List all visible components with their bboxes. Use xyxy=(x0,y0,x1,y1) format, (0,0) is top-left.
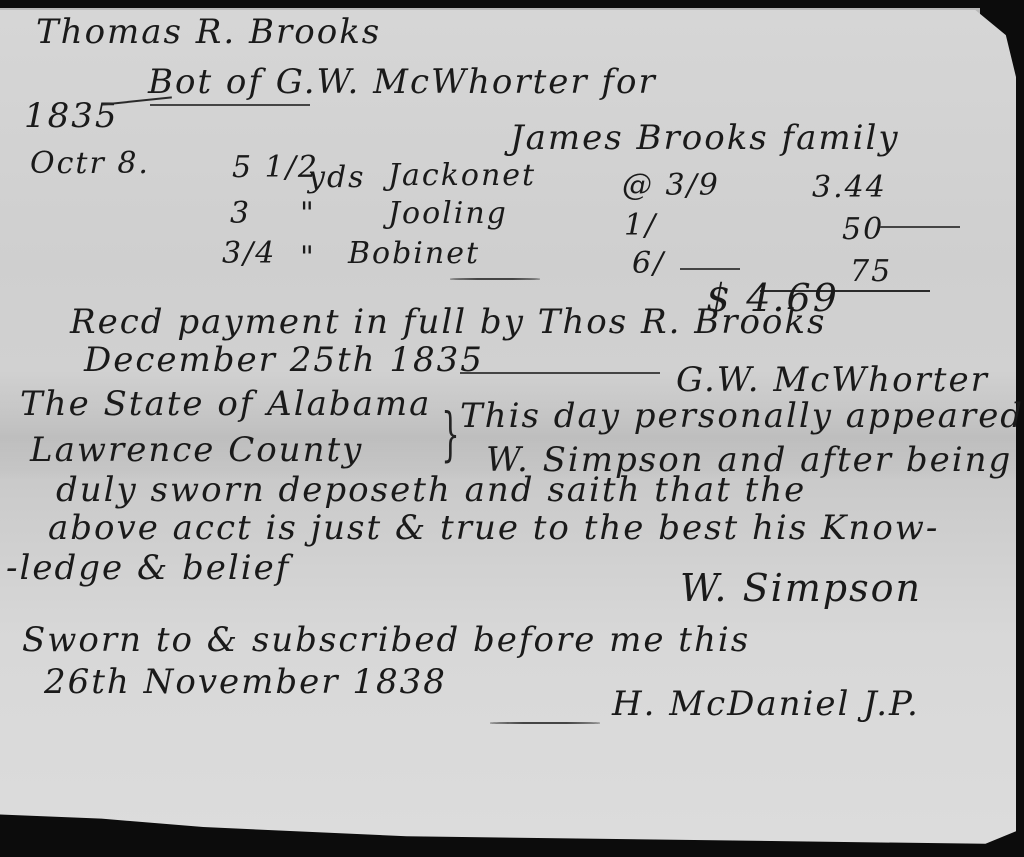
underline xyxy=(460,372,660,374)
affidavit-signature: W. Simpson xyxy=(680,566,922,610)
flourish xyxy=(450,278,540,280)
underline xyxy=(680,268,740,270)
jurat-line: Sworn to & subscribed before me this xyxy=(22,620,750,660)
affidavit-line: This day personally appeared xyxy=(460,396,1024,436)
document-scan: Thomas R. Brooks Bot of G.W. McWhorter f… xyxy=(0,0,1024,857)
item-amount: 3.44 xyxy=(812,170,887,205)
year-margin: 1835 xyxy=(24,96,119,136)
jurat-date: 26th November 1838 xyxy=(44,662,447,702)
item-unit: " xyxy=(300,196,316,231)
item-quantity: 5 1/2 xyxy=(232,150,319,185)
affidavit-line: above acct is just & true to the best hi… xyxy=(48,508,939,548)
item-rate: @ 3/9 xyxy=(622,168,720,203)
affidavit-line: duly sworn deposeth and saith that the xyxy=(56,470,806,510)
receipt-date: December 25th 1835 xyxy=(84,340,484,380)
item-quantity: 3 xyxy=(230,196,251,231)
jurat-signature: H. McDaniel J.P. xyxy=(612,684,920,724)
item-description: Jooling xyxy=(388,196,508,231)
flourish xyxy=(490,722,600,724)
affidavit-line: -ledge & belief xyxy=(6,548,290,588)
item-rate: 6/ xyxy=(632,246,665,281)
item-amount: 50 xyxy=(842,212,884,247)
affidavit-county: Lawrence County xyxy=(30,430,363,470)
bought-of-line: Bot of G.W. McWhorter for xyxy=(148,62,657,102)
item-unit: " xyxy=(300,240,316,275)
item-rate: 1/ xyxy=(624,208,657,243)
item-description: Bobinet xyxy=(348,236,480,271)
item-description: Jackonet xyxy=(388,158,536,193)
affidavit-state: The State of Alabama xyxy=(20,384,431,424)
receipt-text: Recd payment in full by Thos R. Brooks xyxy=(70,302,826,342)
item-amount: 75 xyxy=(850,254,892,289)
bill-date: Octr 8. xyxy=(30,146,150,181)
item-quantity: 3/4 xyxy=(222,236,276,271)
for-whom: James Brooks family xyxy=(510,118,900,158)
purchaser-name: Thomas R. Brooks xyxy=(36,12,381,52)
underline xyxy=(880,226,960,228)
item-unit: yds xyxy=(308,160,366,195)
receipt-signature: G.W. McWhorter xyxy=(676,360,989,400)
brace: } xyxy=(441,400,459,468)
underline xyxy=(150,104,310,106)
